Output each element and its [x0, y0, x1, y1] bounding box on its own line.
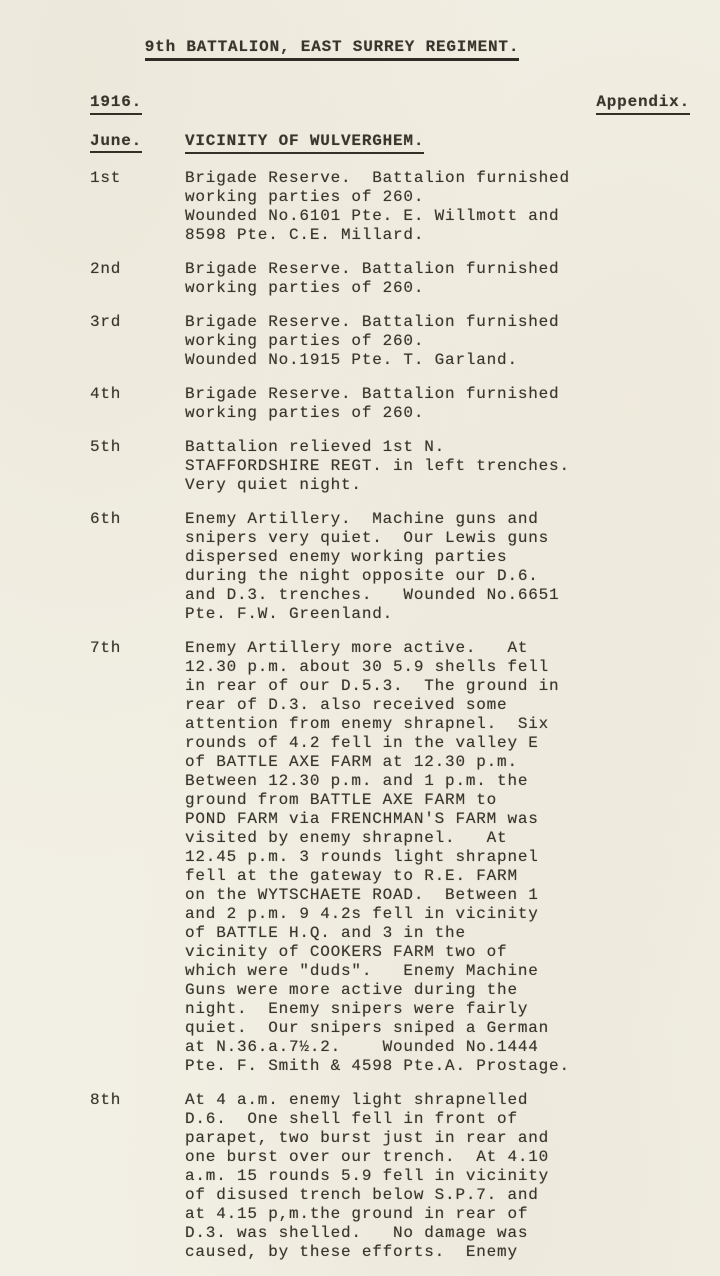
entry-text: At 4 a.m. enemy light shrapnelled D.6. O… [185, 1091, 655, 1262]
entry-text: Enemy Artillery. Machine guns and sniper… [185, 510, 655, 624]
entry-text: Battalion relieved 1st N. STAFFORDSHIRE … [185, 438, 655, 495]
entry-text: Brigade Reserve. Battalion furnished wor… [185, 313, 655, 370]
diary-entry-4th: 4th Brigade Reserve. Battalion furnished… [0, 385, 720, 423]
diary-entry-8th: 8th At 4 a.m. enemy light shrapnelled D.… [0, 1091, 720, 1262]
entry-date: 1st [90, 169, 185, 245]
entry-date: 8th [90, 1091, 185, 1262]
meta-row: 1916. Appendix. [0, 93, 720, 115]
section-heading-row: June. VICINITY OF WULVERGHEM. [0, 132, 720, 154]
entry-date: 5th [90, 438, 185, 495]
entry-text: Brigade Reserve. Battalion furnished wor… [185, 169, 655, 245]
entry-text: Brigade Reserve. Battalion furnished wor… [185, 385, 655, 423]
diary-entry-2nd: 2nd Brigade Reserve. Battalion furnished… [0, 260, 720, 298]
entry-date: 2nd [90, 260, 185, 298]
entry-date: 7th [90, 639, 185, 1076]
entry-text: Enemy Artillery more active. At 12.30 p.… [185, 639, 655, 1076]
diary-entry-1st: 1st Brigade Reserve. Battalion furnished… [0, 169, 720, 245]
entry-date: 6th [90, 510, 185, 624]
month-cell: June. [90, 132, 185, 154]
month-label: June. [90, 132, 142, 153]
page-title: 9th BATTALION, EAST SURREY REGIMENT. [145, 38, 519, 61]
entry-text: Brigade Reserve. Battalion furnished wor… [185, 260, 655, 298]
entry-date: 4th [90, 385, 185, 423]
diary-entry-5th: 5th Battalion relieved 1st N. STAFFORDSH… [0, 438, 720, 495]
title-row: 9th BATTALION, EAST SURREY REGIMENT. [0, 0, 720, 57]
entry-date: 3rd [90, 313, 185, 370]
diary-entry-7th: 7th Enemy Artillery more active. At 12.3… [0, 639, 720, 1076]
diary-entry-6th: 6th Enemy Artillery. Machine guns and sn… [0, 510, 720, 624]
appendix-label: Appendix. [596, 93, 690, 115]
diary-entries: 1st Brigade Reserve. Battalion furnished… [0, 169, 720, 1262]
year-label: 1916. [90, 93, 142, 115]
diary-entry-3rd: 3rd Brigade Reserve. Battalion furnished… [0, 313, 720, 370]
section-heading: VICINITY OF WULVERGHEM. [185, 132, 424, 154]
war-diary-page: 9th BATTALION, EAST SURREY REGIMENT. 191… [0, 0, 720, 1276]
